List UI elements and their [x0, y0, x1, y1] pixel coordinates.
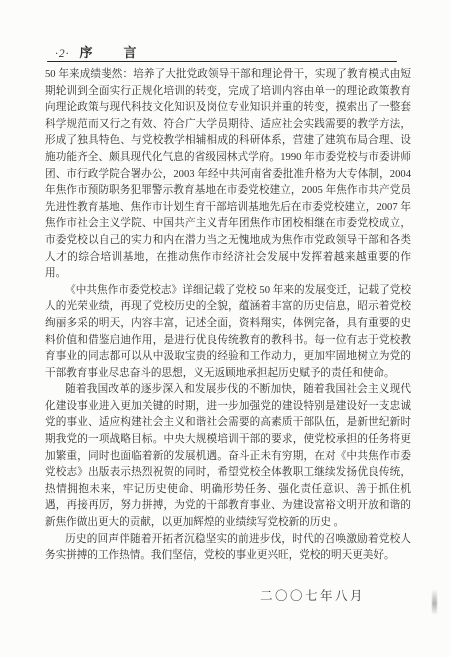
header-divider-rule	[47, 61, 397, 62]
scan-smudge-artifact	[432, 590, 437, 614]
scanned-preface-page: ·2· 序 言 50 年来成绩斐然：培养了大批党政领导干部和理论骨干，实现了教育…	[0, 0, 450, 657]
colophon-date: 二〇〇七年八月	[260, 586, 365, 604]
preface-body: 50 年来成绩斐然：培养了大批党政领导干部和理论骨干，实现了教育模式由短期轮训到…	[45, 67, 411, 565]
paragraph-3: 随着我国改革的逐步深入和发展步伐的不断加快，随着我国社会主义现代化建设事业进入更…	[45, 382, 411, 531]
preface-title: 序 言	[80, 42, 146, 61]
paragraph-1: 50 年来成绩斐然：培养了大批党政领导干部和理论骨干，实现了教育模式由短期轮训到…	[45, 67, 411, 283]
running-header: ·2· 序 言	[55, 42, 146, 61]
paragraph-2: 《中共焦作市委党校志》详细记载了党校 50 年来的发展变迁，记载了党校人的光荣业…	[45, 283, 411, 383]
paragraph-4: 历史的回声伴随着开拓者沉稳坚实的前进步伐，时代的召唤激励着党校人务实拼搏的工作热…	[45, 532, 411, 565]
page-number: ·2·	[55, 48, 70, 60]
